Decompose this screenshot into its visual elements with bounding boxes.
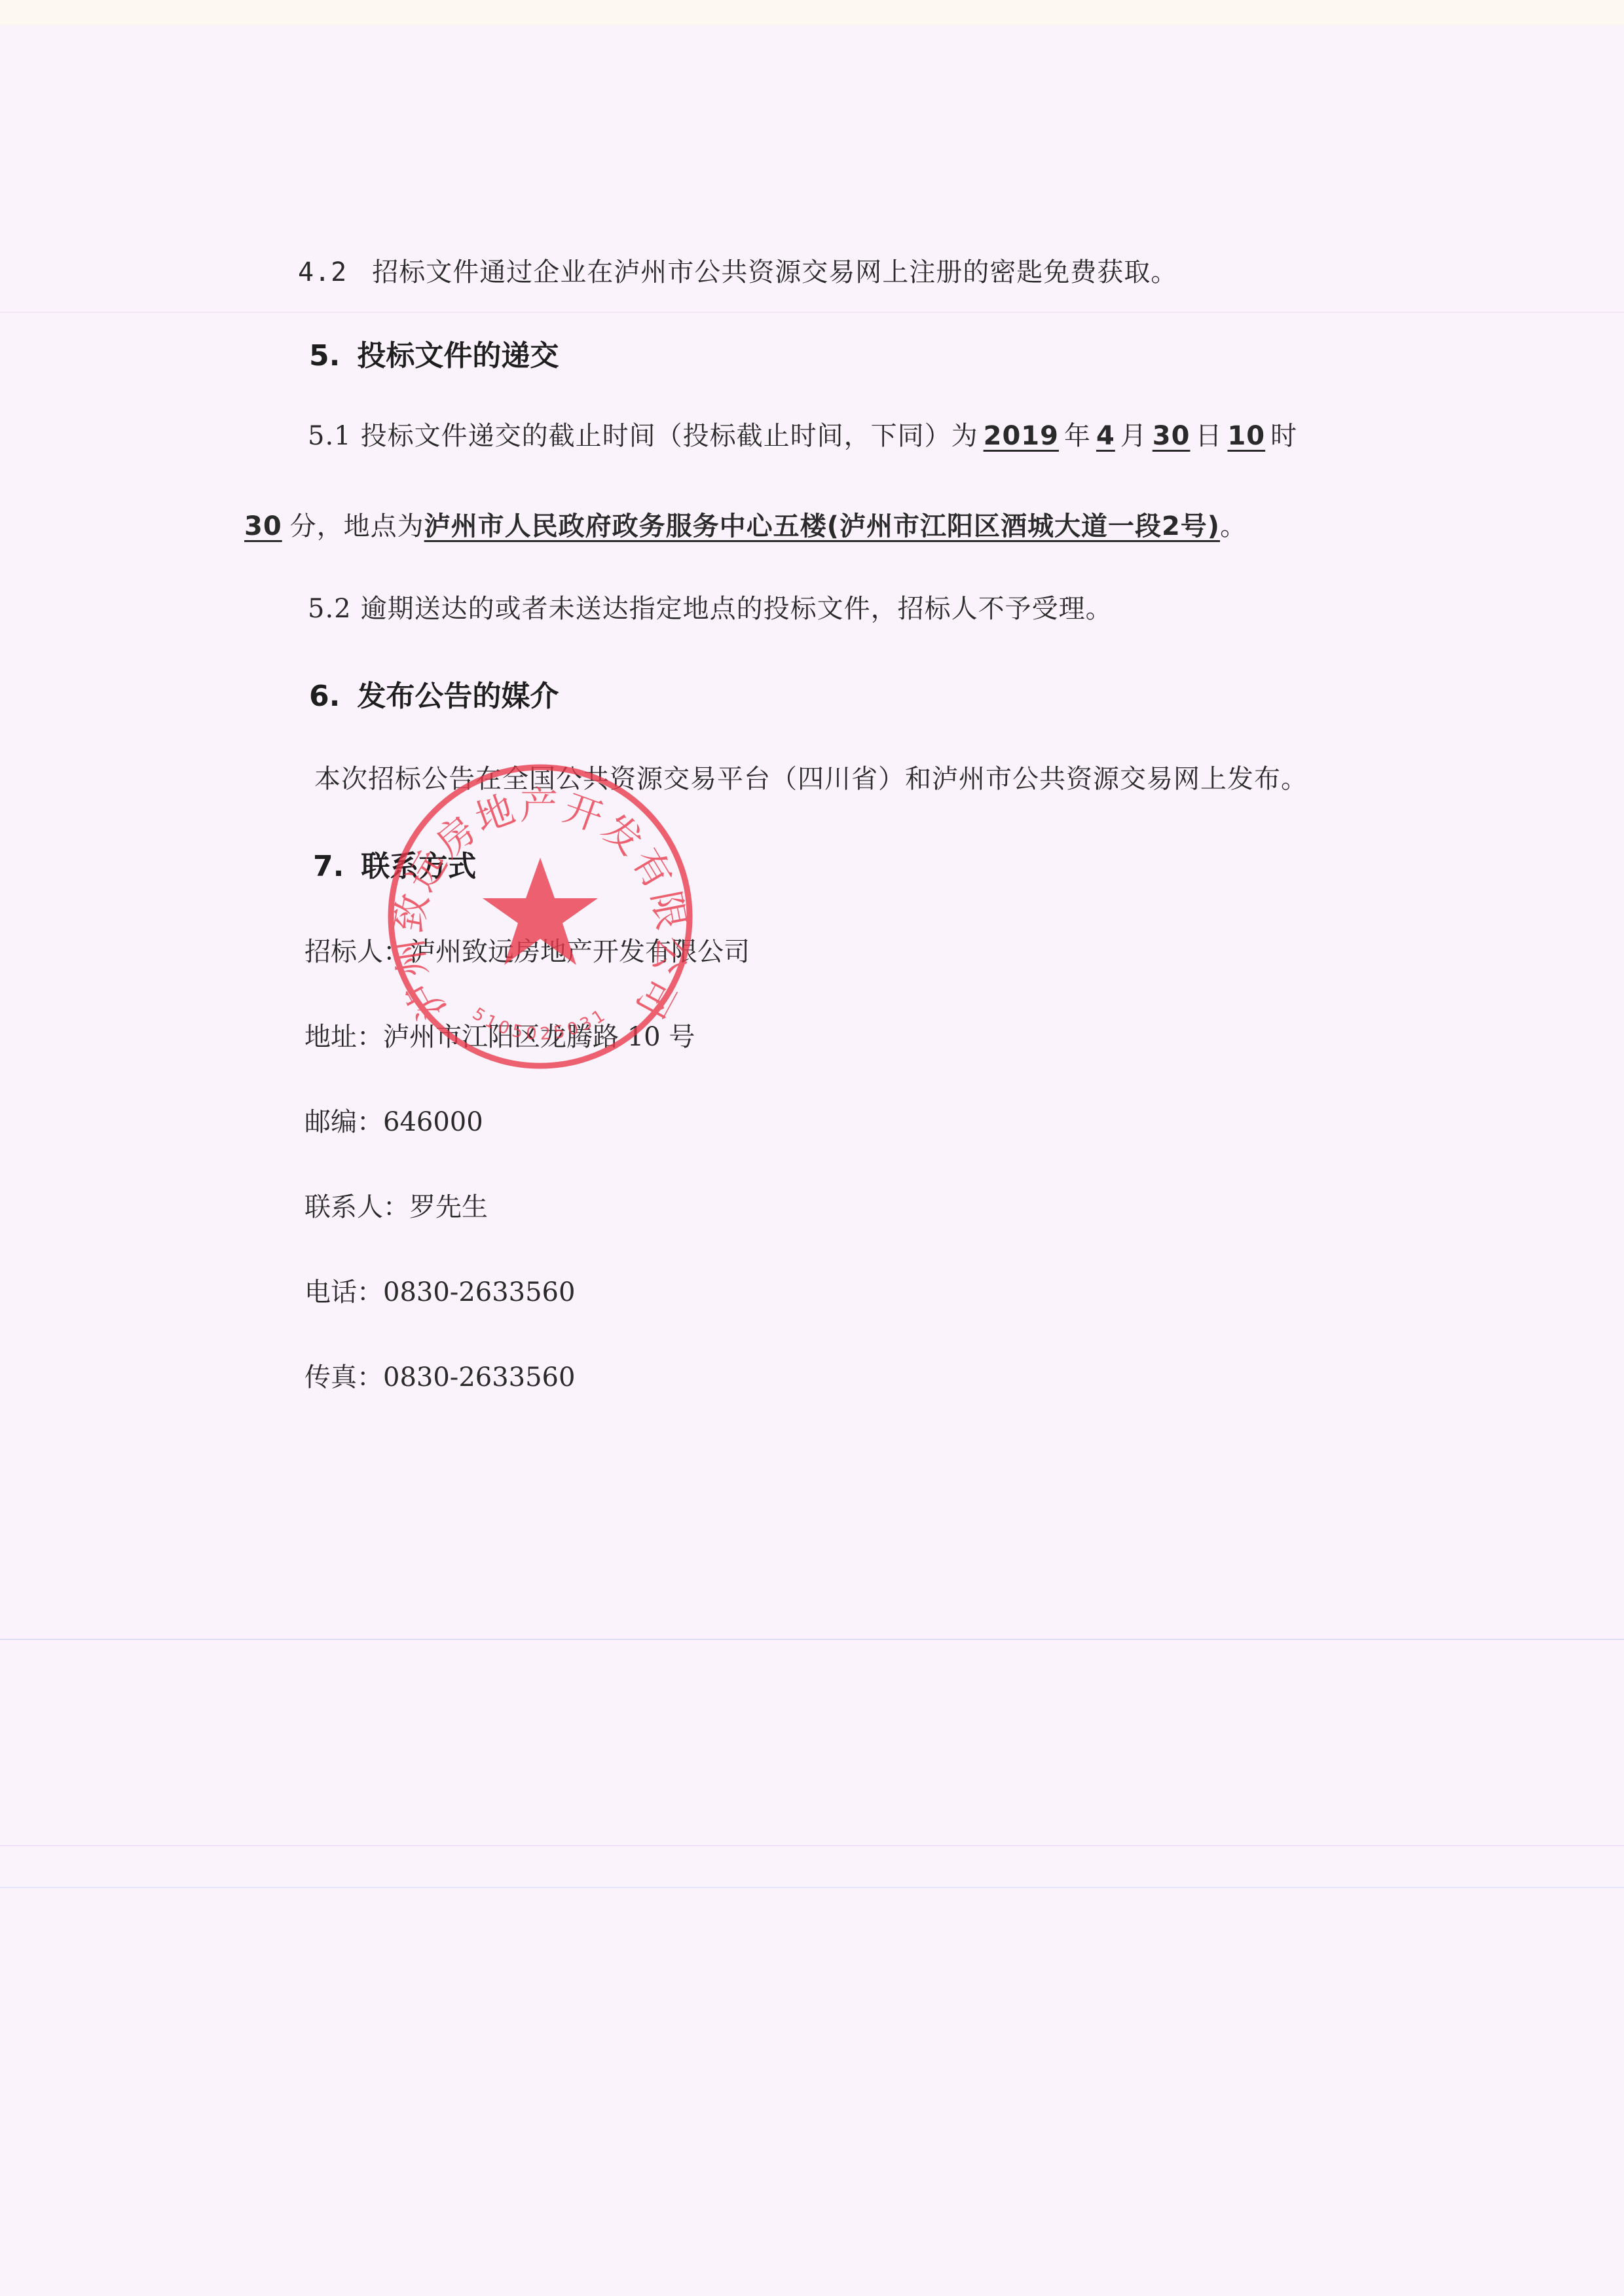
paragraph-6: 本次招标公告在全国公共资源交易平台（四川省）和泸州市公共资源交易网上发布。 <box>314 762 1308 796</box>
paragraph-5-1: 5.1投标文件递交的截止时间（投标截止时间，下同）为2019年4月30日10时 <box>308 419 1297 453</box>
item-number: 5.2 <box>308 594 352 624</box>
section-number: 6. <box>309 680 340 713</box>
deadline-day: 30 <box>1147 421 1196 451</box>
deadline-minute: 30 <box>244 511 290 541</box>
contact-value: 泸州致远房地产开发有限公司 <box>409 937 750 967</box>
section-number: 5. <box>309 339 340 373</box>
contact-label: 联系人： <box>304 1192 409 1222</box>
contact-value: 罗先生 <box>409 1192 488 1222</box>
day-unit: 日 <box>1195 421 1222 451</box>
year-unit: 年 <box>1064 421 1091 451</box>
contact-label: 招标人： <box>304 937 409 967</box>
item-text: 逾期送达的或者未送达指定地点的投标文件，招标人不予受理。 <box>361 594 1113 624</box>
scan-top-band <box>0 0 1624 25</box>
scan-artifact-line <box>0 1887 1624 1888</box>
paragraph-4-2: 4.2招标文件通过企业在泸州市公共资源交易网上注册的密匙免费获取。 <box>298 255 1177 289</box>
item-number: 5.1 <box>308 421 352 451</box>
contact-value: 0830-2633560 <box>383 1362 575 1393</box>
section-number: 7. <box>313 850 344 883</box>
contact-label: 传真： <box>304 1362 383 1393</box>
media-text: 本次招标公告在全国公共资源交易平台（四川省）和泸州市公共资源交易网上发布。 <box>314 764 1308 794</box>
item-number: 4.2 <box>298 257 347 287</box>
submission-location: 泸州市人民政府政务服务中心五楼(泸州市江阳区酒城大道一段2号) <box>424 511 1220 541</box>
contact-label: 邮编： <box>304 1107 383 1137</box>
contact-tenderer: 招标人：泸州致远房地产开发有限公司 <box>304 935 750 969</box>
paragraph-5-2: 5.2逾期送达的或者未送达指定地点的投标文件，招标人不予受理。 <box>308 592 1113 626</box>
scan-artifact-line <box>0 312 1624 313</box>
scan-artifact-line <box>0 1639 1624 1640</box>
section-title: 投标文件的递交 <box>357 339 559 373</box>
scan-artifact-line <box>0 1845 1624 1846</box>
contact-fax: 传真：0830-2633560 <box>304 1360 575 1394</box>
contact-value: 646000 <box>383 1107 483 1137</box>
contact-label: 电话： <box>304 1277 383 1307</box>
deadline-prefix: 投标文件递交的截止时间（投标截止时间，下同）为 <box>361 421 978 451</box>
hour-unit: 时 <box>1270 421 1297 451</box>
contact-postcode: 邮编：646000 <box>304 1105 483 1139</box>
section-title: 联系方式 <box>361 850 476 883</box>
contact-phone: 电话：0830-2633560 <box>304 1275 575 1309</box>
minute-unit: 分，地点为 <box>290 511 424 541</box>
section-heading-5: 5.投标文件的递交 <box>309 338 559 374</box>
contact-address: 地址：泸州市江阳区龙腾路 10 号 <box>304 1020 695 1054</box>
item-text: 招标文件通过企业在泸州市公共资源交易网上注册的密匙免费获取。 <box>372 257 1177 287</box>
deadline-hour: 10 <box>1222 421 1270 451</box>
deadline-year: 2019 <box>978 421 1064 451</box>
contact-person: 联系人：罗先生 <box>304 1190 488 1224</box>
svg-text:泸州致远房地产开发有限公司: 泸州致远房地产开发有限公司 <box>386 784 695 1028</box>
section-heading-7: 7.联系方式 <box>313 848 476 885</box>
contact-value: 泸州市江阳区龙腾路 10 号 <box>383 1022 695 1052</box>
paragraph-5-1-continued: 30分，地点为泸州市人民政府政务服务中心五楼(泸州市江阳区酒城大道一段2号)。 <box>244 509 1247 543</box>
contact-value: 0830-2633560 <box>383 1277 575 1307</box>
contact-label: 地址： <box>304 1022 383 1052</box>
period: 。 <box>1220 511 1247 541</box>
section-title: 发布公告的媒介 <box>357 680 559 713</box>
section-heading-6: 6.发布公告的媒介 <box>309 678 559 715</box>
deadline-month: 4 <box>1091 421 1120 451</box>
seal-company-text: 泸州致远房地产开发有限公司 <box>386 784 695 1028</box>
month-unit: 月 <box>1120 421 1147 451</box>
